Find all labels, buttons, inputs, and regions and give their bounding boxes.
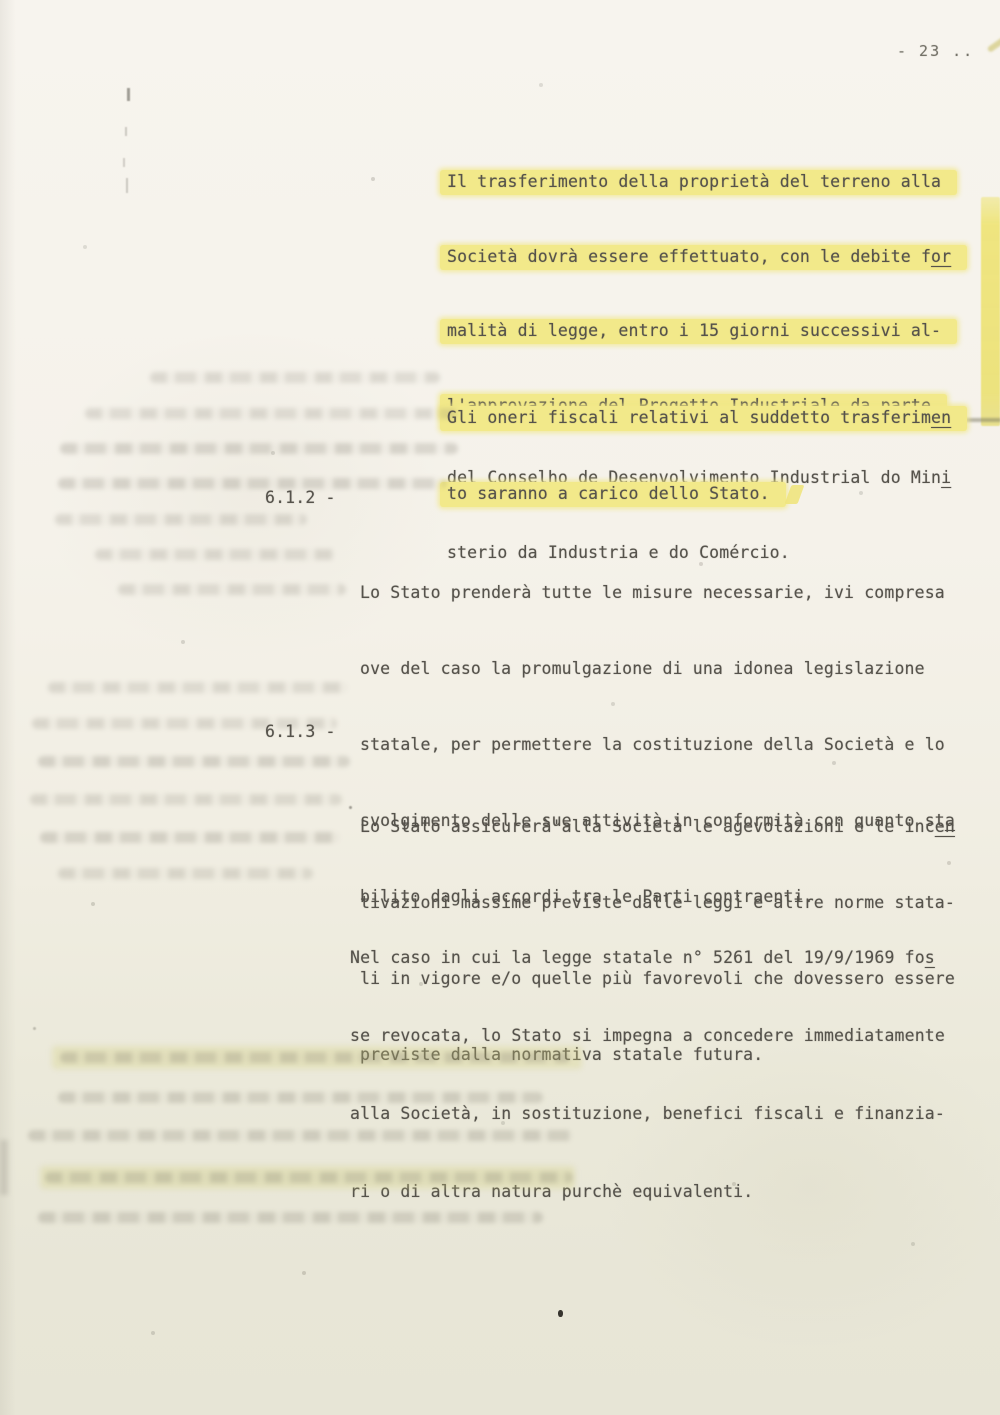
typewritten-line: Lo Stato prenderà tutte le misure necess… xyxy=(360,583,955,621)
typewritten-line: Nel caso in cui la legge statale n° 5261… xyxy=(350,948,945,988)
bleed-through-line xyxy=(85,408,457,419)
bleed-through-line xyxy=(60,443,458,454)
bleed-through-line xyxy=(48,682,348,693)
line-text: Società dovrà essere effettuato, con le … xyxy=(447,247,931,266)
line-text: Lo Stato prenderà tutte le misure necess… xyxy=(360,583,945,602)
bleed-through-line xyxy=(118,584,346,595)
edge-smudge xyxy=(0,1140,8,1195)
pencil-mark xyxy=(127,88,130,101)
highlighter-corner-mark xyxy=(987,33,1000,53)
line-underlined-tail: or xyxy=(931,247,951,266)
pencil-mark xyxy=(126,178,128,193)
clause-number: 6.1.2 - xyxy=(265,488,336,507)
page-number: - 23 .. xyxy=(897,42,974,60)
ink-dot xyxy=(558,1310,563,1317)
bleed-through-line xyxy=(45,1172,573,1183)
typewritten-line: Il trasferimento della proprietà del ter… xyxy=(447,170,967,207)
bleed-through-line xyxy=(95,549,335,560)
pencil-mark xyxy=(125,127,127,136)
line-text: Lo Stato assicurerà'alla Società le agev… xyxy=(360,817,935,836)
line-text: malità di legge, entro i 15 giorni succe… xyxy=(447,321,941,340)
bleed-through-line xyxy=(60,1052,570,1063)
bleed-through-line xyxy=(150,372,440,383)
line-underlined-tail: en xyxy=(931,408,951,427)
ink-speck xyxy=(33,1027,36,1030)
bleed-through-line xyxy=(38,1212,543,1223)
line-text: alla Società, in sostituzione, benefici … xyxy=(350,1104,945,1123)
typewritten-line: Lo Stato assicurerà'alla Società le agev… xyxy=(360,817,955,855)
bleed-through-line xyxy=(32,718,337,729)
typewritten-line: ove del caso la promulgazione di una ido… xyxy=(360,659,955,697)
bleed-through-line xyxy=(58,478,446,489)
stray-ink-speck xyxy=(349,806,352,809)
paper-speckles xyxy=(0,0,2,2)
highlighter-edge-strip xyxy=(981,197,1000,426)
typewritten-line: malità di legge, entro i 15 giorni succe… xyxy=(447,319,967,356)
line-text: Nel caso in cui la legge statale n° 5261… xyxy=(350,948,925,967)
page-edge-shadow xyxy=(0,0,16,1415)
line-text: Gli oneri fiscali relativi al suddetto t… xyxy=(447,408,931,427)
pencil-mark xyxy=(123,158,125,167)
line-text: Il trasferimento della proprietà del ter… xyxy=(447,172,941,191)
line-text: se revocata, lo Stato si impegna a conce… xyxy=(350,1026,945,1045)
bleed-through-line xyxy=(55,514,307,525)
line-underlined-tail: en xyxy=(935,817,955,836)
bleed-through-line xyxy=(30,794,342,805)
bleed-through-line xyxy=(38,756,350,767)
bleed-through-line xyxy=(28,1130,573,1141)
paragraph-law-revocation-clause: Nel caso in cui la legge statale n° 5261… xyxy=(350,910,945,1260)
line-underlined-tail: s xyxy=(925,948,935,967)
document-page: - 23 .. Il trasferimento della proprietà… xyxy=(0,0,1000,1415)
typewritten-line: Gli oneri fiscali relativi al suddetto t… xyxy=(447,406,967,444)
typewritten-line: Società dovrà essere effettuato, con le … xyxy=(447,245,967,282)
bleed-through-line xyxy=(40,832,340,843)
bleed-through-line xyxy=(58,1092,543,1103)
bleed-through-line xyxy=(58,868,313,879)
line-text: ove del caso la promulgazione di una ido… xyxy=(360,659,925,678)
